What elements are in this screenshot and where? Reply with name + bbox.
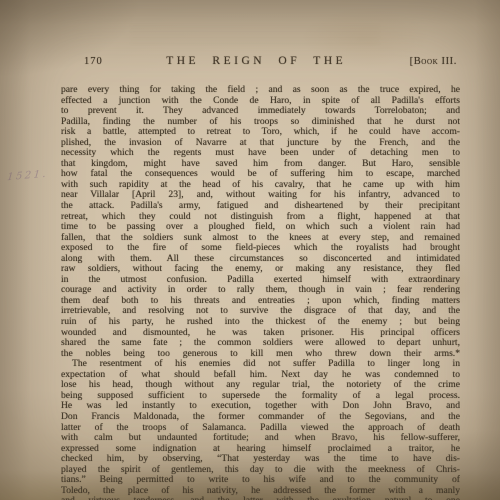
text-line: checked him, by observing, “That yesterd…	[61, 454, 460, 465]
text-line: retreat, which they could not distinguis…	[61, 212, 460, 223]
text-line: the nobles being too generous to kill me…	[61, 349, 460, 360]
text-line: exposed to the fire of some field-pieces…	[61, 243, 460, 254]
book-label: [Book III.	[410, 56, 457, 67]
text-line: them deaf both to his threats and entrea…	[61, 296, 460, 307]
text-line: He was led instantly to execution, toget…	[61, 401, 460, 412]
text-line: Don Francis Maldonada, the former comman…	[61, 412, 460, 423]
text-line: to prevent it. They advanced immediately…	[61, 106, 460, 117]
text-line: ruin of his party, he rushed into the th…	[61, 317, 460, 328]
text-line: plished, the invasion of Navarre at that…	[61, 138, 460, 149]
text-line: expressed some indignation at hearing hi…	[61, 444, 460, 455]
text-line: along with them. All these circumstances…	[61, 254, 460, 265]
text-line: how fatal the consequences would be of s…	[61, 169, 460, 180]
text-line: and virtuous tenderness, and the latter …	[61, 496, 460, 500]
text-line: expectation of what should befall him. N…	[61, 370, 460, 381]
text-line: effected a junction with the Conde de Ha…	[61, 96, 460, 107]
text-line: risk a battle, attempted to retreat to T…	[61, 127, 460, 138]
text-line: in the utmost confusion. Padilla exerted…	[61, 275, 460, 286]
page-number: 170	[84, 56, 103, 67]
ink-showthrough	[130, 22, 380, 44]
running-header: 170 THE REIGN OF THE [Book III.	[84, 55, 457, 69]
text-line: pare every thing for taking the field ; …	[61, 85, 460, 96]
text-line: Toledo, the place of his nativity, he ad…	[61, 486, 460, 497]
text-line: necessity which the regents must have be…	[61, 148, 460, 159]
text-line: raw soldiers, without facing the enemy, …	[61, 264, 460, 275]
text-line: near Villalar [April 23], and, without w…	[61, 190, 460, 201]
text-line: time to be passing over a ploughed field…	[61, 222, 460, 233]
text-line: shared the same fate ; the common soldie…	[61, 338, 460, 349]
text-line: tians.” Being permitted to write to his …	[61, 475, 460, 486]
text-line: courage and activity in order to rally t…	[61, 285, 460, 296]
text-line: fallen, that the soldiers sunk almost to…	[61, 233, 460, 244]
page-body: pare every thing for taking the field ; …	[61, 85, 460, 500]
text-line: lose his head, though without any regula…	[61, 380, 460, 391]
text-line: the attack. Padilla's army, fatigued and…	[61, 201, 460, 212]
text-line: latter of the troops of Salamanca. Padil…	[61, 423, 460, 434]
handwritten-margin-annotation: 1521.	[7, 168, 58, 183]
text-line: played the spirit of gentlemen, this day…	[61, 465, 460, 476]
text-line: Padilla, finding the number of his troop…	[61, 117, 460, 128]
text-line: irretrievable, and resolving not to surv…	[61, 306, 460, 317]
text-line: being supposed sufficient to supersede t…	[61, 391, 460, 402]
text-line: wounded and dismounted, he was taken pri…	[61, 328, 460, 339]
text-line: The resentment of his enemies did not su…	[61, 359, 460, 370]
scanned-book-page: 1521. 170 THE REIGN OF THE [Book III. pa…	[0, 0, 500, 500]
text-line: that kingdom, might have saved him from …	[61, 159, 460, 170]
text-line: with such rapidity at the head of his ca…	[61, 180, 460, 191]
running-title: THE REIGN OF THE	[166, 55, 346, 67]
text-line: with calm but undaunted fortitude; and w…	[61, 433, 460, 444]
